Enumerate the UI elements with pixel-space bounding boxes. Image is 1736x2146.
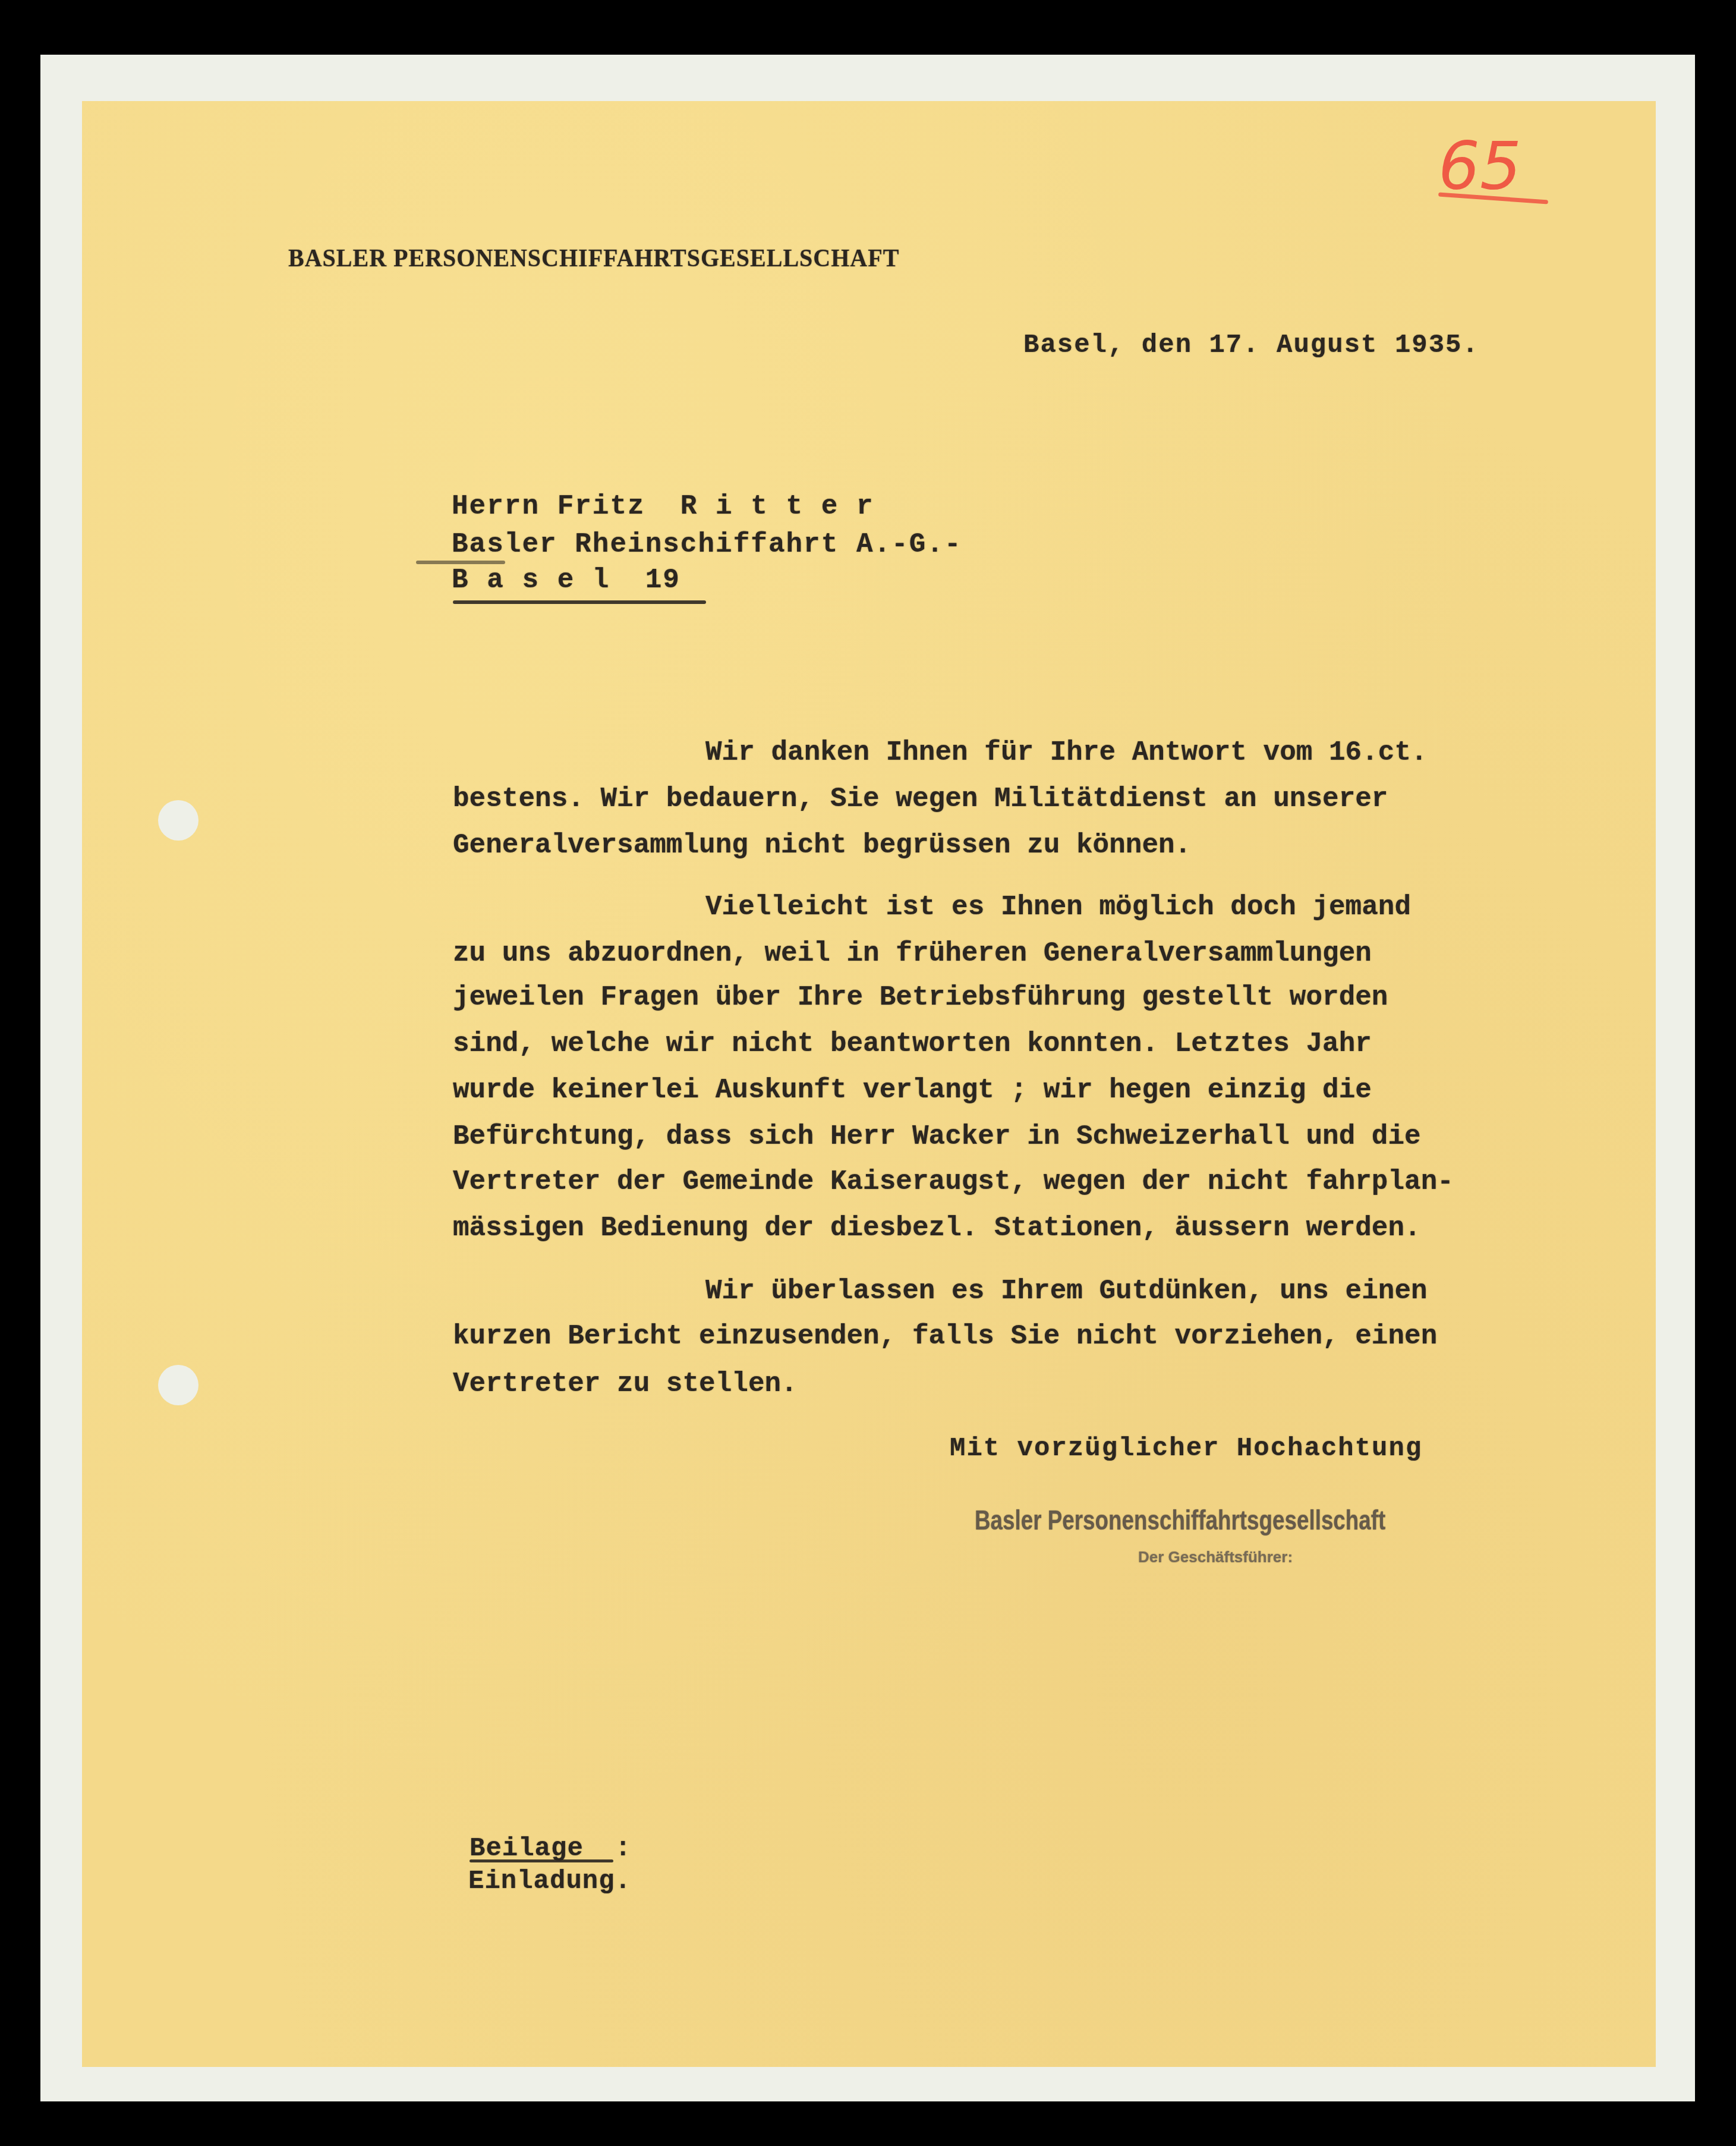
body-line: sind, welche wir nicht beantworten konnt… [453,1028,1372,1059]
body-line: Wir danken Ihnen für Ihre Antwort vom 16… [705,737,1428,768]
recipient-name: Herrn Fritz R i t t e r [452,491,874,522]
body-line: bestens. Wir bedauern, Sie wegen Milität… [453,783,1388,814]
body-line: Vertreter der Gemeinde Kaiseraugst, wege… [453,1166,1454,1197]
body-line: zu uns abzuordnen, weil in früheren Gene… [453,938,1372,969]
body-line: jeweilen Fragen über Ihre Betriebsführun… [453,982,1388,1013]
enclosure-colon: : [615,1834,631,1864]
body-line: mässigen Bedienung der diesbezl. Station… [453,1213,1421,1244]
enclosure-underline [470,1859,613,1862]
body-line: Generalversammlung nicht begrüssen zu kö… [453,830,1191,861]
body-line: wurde keinerlei Auskunft verlangt ; wir … [453,1075,1372,1106]
stamp-title: Der Geschäftsführer: [1138,1548,1293,1566]
body-line: Vertreter zu stellen. [453,1368,798,1399]
punch-hole-bottom [158,1365,199,1405]
stamp-company: Basler Personenschiffahrtsgesellschaft [975,1504,1385,1536]
letterhead: BASLER PERSONENSCHIFFAHRTSGESELLSCHAFT [288,243,899,272]
closing-salutation: Mit vorzüglicher Hochachtung [950,1434,1422,1464]
date-line: Basel, den 17. August 1935. [1023,331,1479,360]
recipient-city: B a s e l 19 [452,565,680,596]
page-number: 65 [1438,128,1521,204]
punch-hole-top [158,800,199,841]
pencil-mark [416,561,505,564]
recipient-company: Basler Rheinschiffahrt A.-G.- [452,529,962,560]
enclosure-item: Einladung. [468,1867,631,1896]
body-line: Wir überlassen es Ihrem Gutdünken, uns e… [705,1276,1428,1307]
body-line: kurzen Bericht einzusenden, falls Sie ni… [453,1321,1437,1352]
body-line: Befürchtung, dass sich Herr Wacker in Sc… [453,1121,1421,1152]
recipient-underline [453,600,706,604]
body-line: Vielleicht ist es Ihnen möglich doch jem… [705,892,1411,923]
